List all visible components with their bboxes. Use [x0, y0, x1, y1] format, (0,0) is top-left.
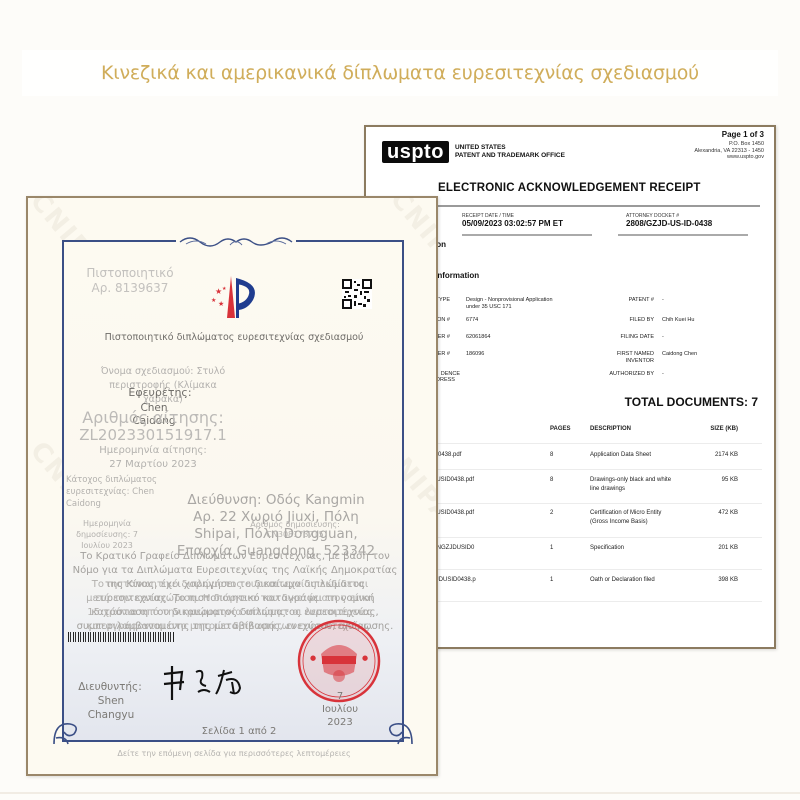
- svg-text:★: ★: [211, 297, 216, 304]
- total-documents: TOTAL DOCUMENTS: 7: [625, 395, 758, 409]
- svg-text:★: ★: [222, 286, 227, 292]
- director-name: Shen Changyu: [86, 694, 136, 722]
- divider: [462, 234, 592, 236]
- application-date-label: Ημερομηνία αίτησης:: [78, 445, 228, 456]
- table-cell-description: Specification: [590, 544, 624, 552]
- table-cell-file: DUSID0438.pdf: [432, 476, 474, 484]
- cn-certificate: CNIPA CNIPA CNIPA CNIPA CNIPA Πιστοποιητ…: [26, 196, 438, 776]
- info-value: under 35 USC 171: [466, 304, 512, 311]
- table-cell-pages: 1: [550, 576, 553, 584]
- table-cell-size: 95 KB: [722, 476, 738, 484]
- uspto-logo: uspto: [382, 141, 449, 163]
- info-label: DRESS: [436, 377, 455, 384]
- page-indicator: Σελίδα 1 από 2: [184, 726, 294, 737]
- table-cell-description: Application Data Sheet: [590, 451, 651, 459]
- info-label-line: AUTHORIZED BY: [609, 371, 654, 378]
- issue-day: 7: [320, 690, 360, 703]
- office-address: P.O. Box 1450 Alexandria, VA 22313 - 145…: [694, 141, 764, 161]
- receipt-date-value: 05/09/2023 03:02:57 PM ET: [462, 219, 563, 228]
- divider: [618, 234, 748, 236]
- issue-date: 7 Ιουλίου 2023: [320, 690, 360, 729]
- table-cell-description: Certification of Micro Entity: [590, 509, 661, 517]
- table-cell-pages: 2: [550, 509, 553, 517]
- info-label: AUTHORIZED BY: [609, 371, 654, 378]
- info-value: Design - Nonprovisional Application: [466, 297, 553, 304]
- agency-line2: PATENT AND TRADEMARK OFFICE: [455, 152, 565, 160]
- application-number-label: Αριθμός αίτησης:: [68, 408, 238, 427]
- table-cell-file: ONGZJDUSID0: [432, 544, 474, 552]
- cnipa-emblem-icon: ★ ★ ★ ★: [209, 274, 259, 319]
- docket-value: 2808/GZJD-US-ID-0438: [626, 219, 712, 228]
- certificate-frame: Πιστοποιητικό Αρ. 8139637 ★ ★ ★ ★ Πιστοπ…: [62, 240, 404, 742]
- info-label: FIRST NAMEDINVENTOR: [617, 351, 654, 364]
- table-cell-pages: 8: [550, 476, 553, 484]
- publication-number-value: CN308173715: [240, 530, 350, 540]
- banner-title: Κινεζικά και αμερικανικά δίπλωματα ευρεσ…: [101, 62, 699, 84]
- table-cell-pages: 1: [550, 544, 553, 552]
- table-cell-description2: (Gross Income Basis): [590, 518, 648, 526]
- table-cell-size: 2174 KB: [715, 451, 738, 459]
- divider: [0, 792, 800, 794]
- info-value: Caidong Chen: [662, 351, 722, 358]
- ornament-icon: [176, 234, 296, 248]
- publication-number-label: Αριθμός δημοσίευσης:: [240, 520, 350, 530]
- table-cell-description2: line drawings: [590, 485, 625, 493]
- issue-month: Ιουλίου: [320, 703, 360, 716]
- footer-note: Δείτε την επόμενη σελίδα για περισσότερε…: [28, 749, 438, 758]
- qr-code-icon: [342, 279, 372, 309]
- info-label-line: INVENTOR: [617, 358, 654, 365]
- svg-text:●: ●: [362, 654, 368, 662]
- info-value: -: [662, 371, 722, 378]
- table-cell-size: 398 KB: [718, 576, 738, 584]
- svg-text:★: ★: [218, 300, 224, 308]
- agency-line1: UNITED STATES: [455, 144, 565, 152]
- cert-number: Πιστοποιητικό Αρ. 8139637: [82, 266, 178, 296]
- issue-year: 2023: [320, 716, 360, 729]
- publication-number: Αριθμός δημοσίευσης: CN308173715: [240, 520, 350, 540]
- table-header: DESCRIPTION: [590, 425, 631, 433]
- banner: Κινεζικά και αμερικανικά δίπλωματα ευρεσ…: [22, 50, 778, 96]
- table-cell-file: ZJDUSID0438.p: [432, 576, 476, 584]
- table-cell-description: Oath or Declaration filed: [590, 576, 655, 584]
- director-label: Διευθυντής:: [70, 680, 150, 694]
- info-label: PATENT #: [629, 297, 654, 304]
- director-signature-icon: [158, 662, 254, 702]
- info-value: -: [662, 297, 722, 304]
- info-label-line: FIRST NAMED: [617, 351, 654, 358]
- application-date: 27 Μαρτίου 2023: [78, 459, 228, 470]
- application-number: ZL202330151917.1: [68, 426, 238, 444]
- inventor-label: Εφευρέτης:: [120, 386, 200, 399]
- table-cell-size: 201 KB: [718, 544, 738, 552]
- publication-date: Ημερομηνία δημοσίευσης: 7 Ιουλίου 2023: [72, 518, 142, 551]
- agency-name: UNITED STATES PATENT AND TRADEMARK OFFIC…: [455, 144, 565, 160]
- info-value: -: [662, 334, 722, 341]
- info-label: FILED BY: [630, 317, 654, 324]
- info-label-line: FILED BY: [630, 317, 654, 324]
- info-label: FILING DATE: [620, 334, 654, 341]
- corner-ornament-icon: [376, 708, 416, 748]
- patent-holder: Κάτοχος διπλώματος ευρεσιτεχνίας: Chen C…: [66, 474, 176, 510]
- info-label-line: PATENT #: [629, 297, 654, 304]
- address-line3: www.uspto.gov: [694, 154, 764, 161]
- certificate-heading: Πιστοποιητικό διπλώματος ευρεσιτεχνίας σ…: [64, 332, 404, 343]
- info-value: Chih Kuei Hu: [662, 317, 722, 324]
- barcode: [68, 632, 174, 642]
- info-label-line: FILING DATE: [620, 334, 654, 341]
- cert-number-label: Πιστοποιητικό: [82, 266, 178, 281]
- info-value: 6774: [466, 317, 478, 324]
- divider: [386, 205, 760, 207]
- svg-text:●: ●: [310, 654, 316, 662]
- table-cell-description: Drawings-only black and white: [590, 476, 671, 484]
- corner-ornament-icon: [50, 708, 90, 748]
- table-cell-pages: 8: [550, 451, 553, 459]
- table-header: SIZE (KB): [710, 425, 738, 433]
- table-header: PAGES: [550, 425, 571, 433]
- page-number: Page 1 of 3: [722, 130, 764, 139]
- info-value: 62061864: [466, 334, 490, 341]
- table-cell-size: 472 KB: [718, 509, 738, 517]
- table-cell-file: DUSID0438.pdf: [432, 509, 474, 517]
- cert-number-value: Αρ. 8139637: [82, 281, 178, 296]
- uspto-header: uspto UNITED STATES PATENT AND TRADEMARK…: [382, 141, 565, 163]
- receipt-title: ELECTRONIC ACKNOWLEDGEMENT RECEIPT: [438, 182, 701, 194]
- info-value: 186096: [466, 351, 484, 358]
